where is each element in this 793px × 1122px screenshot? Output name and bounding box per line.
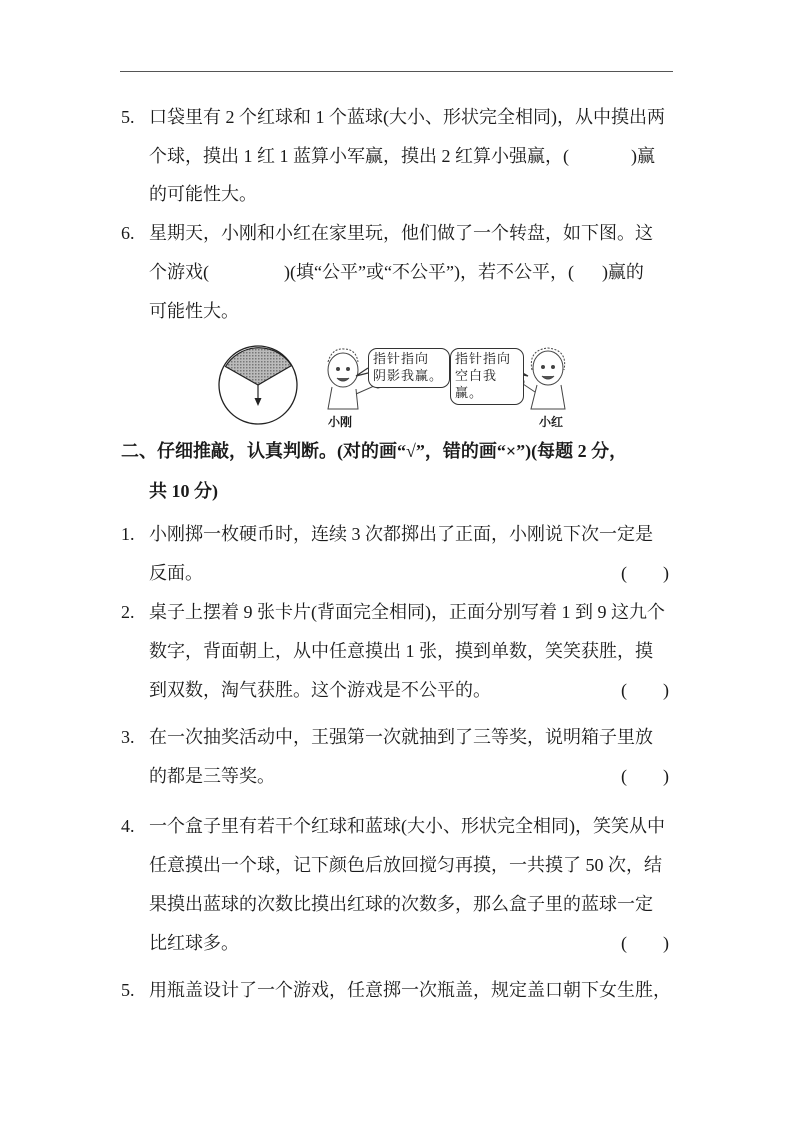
bracket-left: ( (621, 932, 627, 954)
judge-q2-line3: 到双数，淘气获胜。这个游戏是不公平的。 () (149, 679, 673, 701)
judge-q3-number: 3. (121, 726, 149, 748)
judge-q4-line2: 任意摸出一个球，记下颜色后放回搅匀再摸，一共摸了 50 次，结 (149, 854, 673, 876)
section-heading-line2: 共 10 分) (149, 480, 673, 502)
judge-q4-number: 4. (121, 815, 149, 837)
judge-q4-line3: 果摸出蓝球的次数比摸出红球的次数多，那么盒子里的蓝球一定 (149, 893, 673, 915)
judge-q4-text: 任意摸出一个球，记下颜色后放回搅匀再摸，一共摸了 50 次，结 (149, 855, 662, 875)
judge-q2-line1: 2.桌子上摆着 9 张卡片(背面完全相同)，正面分别写着 1 到 9 这九个 (121, 601, 673, 623)
judge-q2-text: 数字，背面朝上，从中任意摸出 1 张，摸到单数，笑笑获胜，摸 (149, 641, 653, 661)
q5-text: 的可能性大。 (149, 184, 257, 204)
judge-q5-text: 用瓶盖设计了一个游戏，任意掷一次瓶盖，规定盖口朝下女生胜， (149, 980, 671, 1000)
q5-text: 口袋里有 2 个红球和 1 个蓝球(大小、形状完全相同)，从中摸出两 (149, 107, 665, 127)
bracket-right: ) (663, 679, 669, 701)
q6-text: )赢的 (602, 262, 644, 282)
boy-speech-bubble: 指针指向 阴影我赢。 (368, 348, 450, 388)
q5-text: 个球，摸出 1 红 1 蓝算小军赢，摸出 2 红算小强赢，( (149, 146, 569, 166)
q5-text: )赢 (631, 146, 655, 166)
q6-number: 6. (121, 222, 149, 244)
judge-q1-line2: 反面。 () (149, 562, 673, 584)
bracket-right: ) (663, 562, 669, 584)
judge-q4-line1: 4.一个盒子里有若干个红球和蓝球(大小、形状完全相同)，笑笑从中 (121, 815, 673, 837)
judge-q3-line2: 的都是三等奖。 () (149, 765, 673, 787)
judge-q3-text: 的都是三等奖。 (149, 766, 275, 786)
q6-line3: 可能性大。 (149, 300, 673, 322)
judge-q5-line1: 5.用瓶盖设计了一个游戏，任意掷一次瓶盖，规定盖口朝下女生胜， (121, 979, 673, 1001)
girl-name-label: 小红 (539, 413, 563, 430)
judge-q4-line4: 比红球多。 () (149, 932, 673, 954)
bracket-right: ) (663, 932, 669, 954)
judge-q1-number: 1. (121, 523, 149, 545)
judge-q2-number: 2. (121, 601, 149, 623)
girl-speech-line2: 空白我赢。 (455, 368, 519, 402)
q5-number: 5. (121, 106, 149, 128)
judge-q4-text: 果摸出蓝球的次数比摸出红球的次数多，那么盒子里的蓝球一定 (149, 894, 653, 914)
q5-line1: 5.口袋里有 2 个红球和 1 个蓝球(大小、形状完全相同)，从中摸出两 (121, 106, 673, 128)
q6-text: 可能性大。 (149, 301, 239, 321)
judge-q2-text: 桌子上摆着 9 张卡片(背面完全相同)，正面分别写着 1 到 9 这九个 (149, 602, 665, 622)
q5-line2: 个球，摸出 1 红 1 蓝算小军赢，摸出 2 红算小强赢，()赢 (149, 145, 673, 167)
judge-q1-line1: 1.小刚掷一枚硬币时，连续 3 次都掷出了正面，小刚说下次一定是 (121, 523, 673, 545)
q6-line1: 6.星期天，小刚和小红在家里玩，他们做了一个转盘，如下图。这 (121, 222, 673, 244)
q6-text: 个游戏( (149, 262, 209, 282)
judge-q2-text: 到双数，淘气获胜。这个游戏是不公平的。 (149, 680, 491, 700)
judge-q1-text: 反面。 (149, 563, 203, 583)
judge-q3-text: 在一次抽奖活动中，王强第一次就抽到了三等奖，说明箱子里放 (149, 727, 653, 747)
q6-line2: 个游戏()(填“公平”或“不公平”)，若不公平，()赢的 (149, 261, 673, 283)
judge-q5-number: 5. (121, 979, 149, 1001)
q6-text: 星期天，小刚和小红在家里玩，他们做了一个转盘，如下图。这 (149, 223, 653, 243)
bracket-left: ( (621, 765, 627, 787)
bracket-left: ( (621, 562, 627, 584)
q5-line3: 的可能性大。 (149, 183, 673, 205)
judge-q2-line2: 数字，背面朝上，从中任意摸出 1 张，摸到单数，笑笑获胜，摸 (149, 640, 673, 662)
girl-speech-bubble: 指针指向 空白我赢。 (450, 348, 524, 405)
bracket-right: ) (663, 765, 669, 787)
girl-speech-line1: 指针指向 (455, 351, 519, 368)
judge-q1-text: 小刚掷一枚硬币时，连续 3 次都掷出了正面，小刚说下次一定是 (149, 524, 653, 544)
q6-text: )(填“公平”或“不公平”)，若不公平，( (284, 262, 574, 282)
section-heading-line1: 二、仔细推敲，认真判断。(对的画“√”，错的画“×”)(每题 2 分， (121, 440, 673, 462)
boy-name-label: 小刚 (328, 413, 352, 430)
boy-speech-line2: 阴影我赢。 (373, 368, 445, 385)
boy-speech-line1: 指针指向 (373, 351, 445, 368)
judge-q3-line1: 3.在一次抽奖活动中，王强第一次就抽到了三等奖，说明箱子里放 (121, 726, 673, 748)
judge-q4-text: 一个盒子里有若干个红球和蓝球(大小、形状完全相同)，笑笑从中 (149, 816, 665, 836)
header-rule (120, 71, 673, 72)
spinner-figure: 指针指向 阴影我赢。 指针指向 空白我赢。 小刚 小红 (210, 340, 585, 432)
judge-q4-text: 比红球多。 (149, 933, 239, 953)
bracket-left: ( (621, 679, 627, 701)
